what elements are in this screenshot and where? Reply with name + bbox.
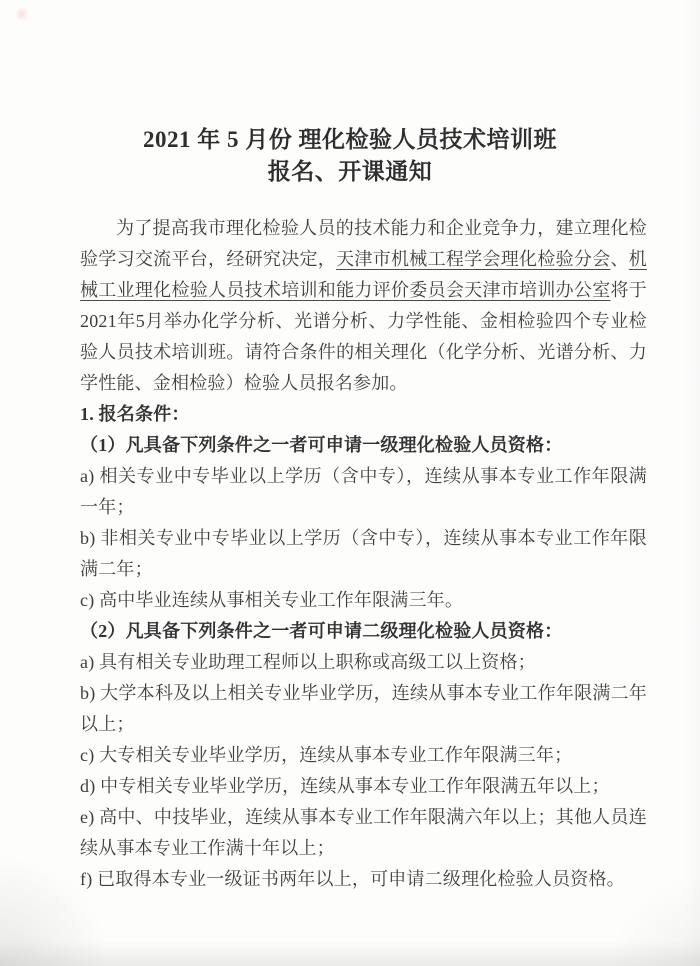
text-segment: 2021年5月举办化学分析、光谱分析、力学性能、金相检验四个专业检 (80, 311, 647, 331)
text-line: f) 已取得本专业一级证书两年以上，可申请二级理化检验人员资格。 (80, 864, 647, 895)
document-title-line-1: 2021 年 5 月份 理化检验人员技术培训班 (0, 124, 700, 156)
text-line: 验学习交流平台，经研究决定，天津市机械工程学会理化检验分会、机 (80, 244, 647, 275)
text-segment: c) 高中毕业连续从事相关专业工作年限满三年。 (80, 590, 463, 610)
text-line: e) 高中、中技毕业，连续从事本专业工作年限满六年以上；其他人员连 (80, 802, 647, 833)
pen-smudge-mark (13, 4, 31, 24)
text-segment: 续从事本专业工作满十年以上； (80, 838, 335, 858)
text-line: 续从事本专业工作满十年以上； (80, 833, 647, 864)
text-segment: e) 高中、中技毕业，连续从事本专业工作年限满六年以上；其他人员连 (80, 807, 647, 827)
underlined-organization-name: 机 (629, 249, 647, 269)
document-title-line-2: 报名、开课通知 (0, 156, 700, 188)
text-line: 械工业理化检验人员技术培训和能力评价委员会天津市培训办公室将于 (80, 275, 647, 306)
text-segment: a) 具有相关专业助理工程师以上职称或高级工以上资格； (80, 652, 536, 672)
text-segment: f) 已取得本专业一级证书两年以上，可申请二级理化检验人员资格。 (80, 869, 625, 889)
text-segment: b) 大学本科及以上相关专业毕业学历，连续从事本专业工作年限满二年 (80, 683, 647, 703)
text-segment: 验学习交流平台，经研究决定， (80, 249, 336, 269)
text-line: 为了提高我市理化检验人员的技术能力和企业竞争力，建立理化检 (80, 213, 647, 244)
document-title: 2021 年 5 月份 理化检验人员技术培训班 报名、开课通知 (0, 124, 700, 188)
underlined-organization-name: 械工业理化检验人员技术培训和能力评价委员会天津市培训办公室 (80, 280, 611, 300)
text-segment: 1. 报名条件： (80, 404, 190, 424)
text-segment: 满二年； (80, 559, 153, 579)
text-segment: 以上； (80, 714, 135, 734)
text-line: c) 高中毕业连续从事相关专业工作年限满三年。 (80, 585, 647, 616)
text-segment: 、 (611, 249, 629, 269)
text-line: 满二年； (80, 554, 647, 585)
text-segment: 验人员技术培训班。请符合条件的相关理化（化学分析、光谱分析、力 (80, 342, 647, 362)
text-segment: 学性能、金相检验）检验人员报名参加。 (80, 373, 408, 393)
text-line: d) 中专相关专业毕业学历，连续从事本专业工作年限满五年以上； (80, 771, 647, 802)
text-line: 一年； (80, 492, 647, 523)
text-segment: （2）凡具备下列条件之一者可申请二级理化检验人员资格： (80, 621, 562, 641)
text-segment: d) 中专相关专业毕业学历，连续从事本专业工作年限满五年以上； (80, 776, 610, 796)
text-line: 以上； (80, 709, 647, 740)
text-line: 学性能、金相检验）检验人员报名参加。 (80, 368, 647, 399)
text-segment: a) 相关专业中专毕业以上学历（含中专），连续从事本专业工作年限满 (80, 466, 647, 486)
text-line: 验人员技术培训班。请符合条件的相关理化（化学分析、光谱分析、力 (80, 337, 647, 368)
heading-line: （2）凡具备下列条件之一者可申请二级理化检验人员资格： (80, 616, 647, 647)
heading-line: 1. 报名条件： (80, 399, 647, 430)
text-segment: 为了提高我市理化检验人员的技术能力和企业竞争力，建立理化检 (116, 218, 647, 238)
underlined-organization-name: 天津市机械工程学会理化检验分会 (336, 249, 610, 269)
text-segment: 将于 (611, 280, 648, 300)
text-segment: c) 大专相关专业毕业学历，连续从事本专业工作年限满三年； (80, 745, 572, 765)
text-line: a) 相关专业中专毕业以上学历（含中专），连续从事本专业工作年限满 (80, 461, 647, 492)
heading-line: （1）凡具备下列条件之一者可申请一级理化检验人员资格： (80, 430, 647, 461)
text-line: b) 非相关专业中专毕业以上学历（含中专），连续从事本专业工作年限 (80, 523, 647, 554)
text-line: a) 具有相关专业助理工程师以上职称或高级工以上资格； (80, 647, 647, 678)
document-body: 为了提高我市理化检验人员的技术能力和企业竞争力，建立理化检验学习交流平台，经研究… (80, 213, 647, 895)
text-segment: b) 非相关专业中专毕业以上学历（含中专），连续从事本专业工作年限 (80, 528, 647, 548)
text-line: 2021年5月举办化学分析、光谱分析、力学性能、金相检验四个专业检 (80, 306, 647, 337)
text-segment: 一年； (80, 497, 135, 517)
text-line: b) 大学本科及以上相关专业毕业学历，连续从事本专业工作年限满二年 (80, 678, 647, 709)
scanned-document-page: 2021 年 5 月份 理化检验人员技术培训班 报名、开课通知 为了提高我市理化… (0, 0, 700, 966)
text-segment: （1）凡具备下列条件之一者可申请一级理化检验人员资格： (80, 435, 562, 455)
text-line: c) 大专相关专业毕业学历，连续从事本专业工作年限满三年； (80, 740, 647, 771)
